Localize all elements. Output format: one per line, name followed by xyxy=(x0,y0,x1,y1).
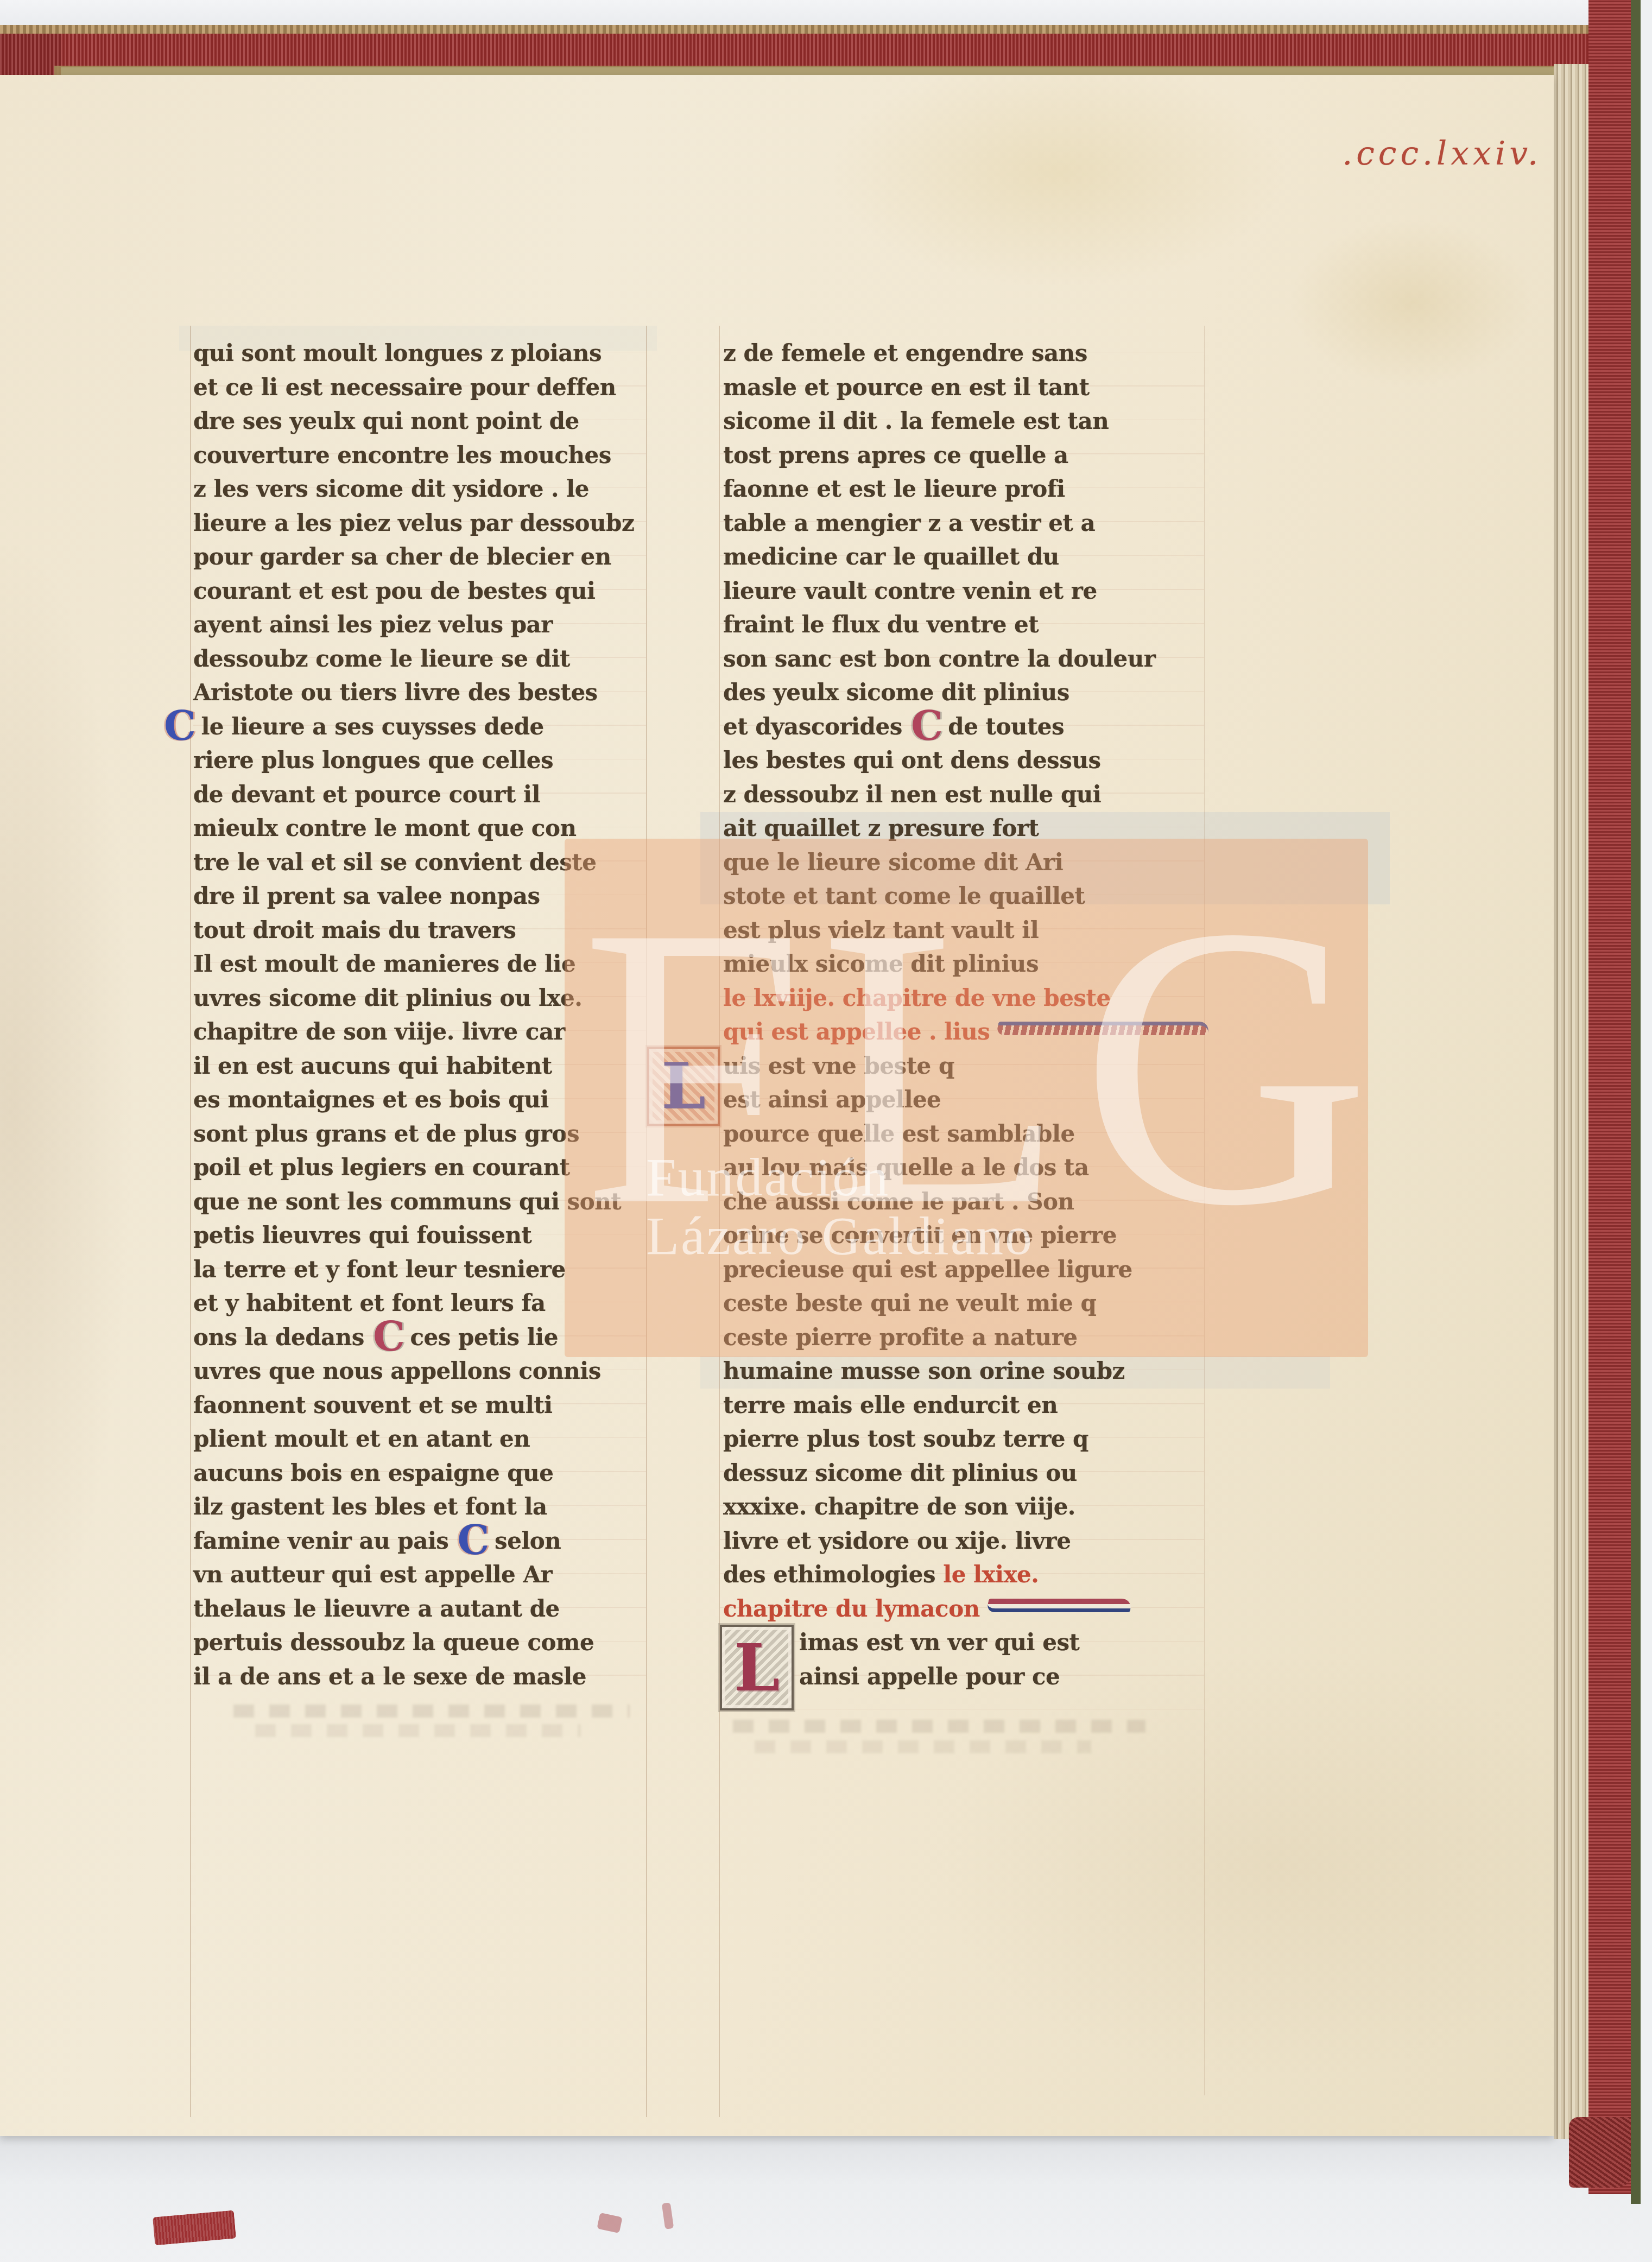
text-run: tost prens apres ce quelle a xyxy=(723,442,1068,468)
text-run: Il est moult de manieres de lie xyxy=(193,951,575,977)
text-run: mieulx contre le mont que con xyxy=(193,815,576,841)
text-run: poil et plus legiers en courant xyxy=(193,1154,570,1181)
text-run: uvres que nous appellons connis xyxy=(193,1358,601,1384)
manuscript-line: medicine car le quaillet du xyxy=(723,540,1206,574)
text-run: plient moult et en atant en xyxy=(193,1425,530,1452)
showthrough-text xyxy=(755,1740,1091,1753)
manuscript-line: des ethimologies le lxixe. xyxy=(723,1558,1206,1592)
text-run: masle et pource en est il tant xyxy=(723,374,1090,401)
manuscript-line: pour garder sa cher de blecier en xyxy=(193,540,646,574)
text-run: faonne et est le lieure profi xyxy=(723,476,1065,502)
text-run: et ce li est necessaire pour deffen xyxy=(193,374,616,401)
cover-edge-green xyxy=(1631,0,1641,2204)
text-run: pour garder sa cher de blecier en xyxy=(193,543,611,570)
manuscript-line: dessoubz come le lieure se dit xyxy=(193,642,646,676)
binding-velvet-top xyxy=(0,34,1596,67)
text-run: lieure a les piez velus par dessoubz xyxy=(193,510,634,536)
manuscript-line: ilz gastent les bles et font la xyxy=(193,1490,646,1524)
manuscript-line: aucuns bois en espaigne que xyxy=(193,1456,646,1491)
manuscript-line: et ce li est necessaire pour deffen xyxy=(193,371,646,405)
text-run: tre le val et sil se convient deste xyxy=(193,849,596,876)
manuscript-line: courant et est pou de bestes qui xyxy=(193,574,646,609)
manuscript-line: z de femele et engendre sans xyxy=(723,337,1206,371)
text-run: tout droit mais du travers xyxy=(193,917,516,943)
fore-edge-page-stack xyxy=(1554,64,1590,2139)
text-run: le lieure a ses cuysses dede xyxy=(201,713,543,740)
text-run: les bestes qui ont dens dessus xyxy=(723,747,1101,774)
text-run: des yeulx sicome dit plinius xyxy=(723,679,1069,706)
text-run: Aristote ou tiers livre des bestes xyxy=(193,679,598,706)
manuscript-line: terre mais elle endurcit en xyxy=(723,1389,1206,1423)
text-run: z les vers sicome dit ysidore . le xyxy=(193,476,589,502)
text-run: terre mais elle endurcit en xyxy=(723,1392,1058,1418)
manuscript-line: lieure vault contre venin et re xyxy=(723,574,1206,609)
showthrough-text xyxy=(255,1724,581,1737)
manuscript-line: dre ses yeulx qui nont point de xyxy=(193,404,646,439)
manuscript-line: Aristote ou tiers livre des bestes xyxy=(193,676,646,710)
initial-letter: L xyxy=(734,1630,780,1706)
text-run: table a mengier z a vestir et a xyxy=(723,510,1095,536)
text-run: de devant et pource court il xyxy=(193,781,540,808)
manuscript-line: couverture encontre les mouches xyxy=(193,439,646,473)
watermark-overlay: FLG Fundación Lázaro Galdiano xyxy=(565,839,1368,1357)
manuscript-photo: .ccc.lxxiv. qui sont moult longues z plo… xyxy=(0,0,1652,2262)
manuscript-line: tost prens apres ce quelle a xyxy=(723,439,1206,473)
text-run: dessuz sicome dit plinius ou xyxy=(723,1460,1077,1486)
manuscript-line: faonne et est le lieure profi xyxy=(723,472,1206,506)
text-run: ait quaillet z presure fort xyxy=(723,815,1039,841)
manuscript-line: Cle lieure a ses cuysses dede xyxy=(193,710,646,744)
watermark-name-line1: Fundación xyxy=(646,1148,890,1207)
text-run: z dessoubz il nen est nulle qui xyxy=(723,781,1101,808)
text-run: dessoubz come le lieure se dit xyxy=(193,645,570,672)
text-run: ayent ainsi les piez velus par xyxy=(193,611,553,638)
text-run: couverture encontre les mouches xyxy=(193,442,611,468)
text-run: xxxixe. chapitre de son viije. xyxy=(723,1493,1075,1520)
text-run: riere plus longues que celles xyxy=(193,747,553,774)
manuscript-line: qui sont moult longues z ploians xyxy=(193,337,646,371)
manuscript-line: sicome il dit . la femele est tan xyxy=(723,404,1206,439)
manuscript-line: imas est vn ver qui est xyxy=(723,1626,1206,1660)
text-run: sicome il dit . la femele est tan xyxy=(723,408,1109,434)
text-run: de toutes xyxy=(948,713,1064,740)
manuscript-line: et dyascorides Cde toutes xyxy=(723,710,1206,744)
manuscript-line: les bestes qui ont dens dessus xyxy=(723,744,1206,778)
manuscript-line: chapitre du lymacon xyxy=(723,1592,1206,1626)
text-run: il en est aucuns qui habitent xyxy=(193,1053,552,1079)
text-run: dre il prent sa valee nonpas xyxy=(193,883,540,909)
manuscript-line: lieure a les piez velus par dessoubz xyxy=(193,506,646,541)
text-run: et dyascorides xyxy=(723,713,910,740)
folio-number: .ccc.lxxiv. xyxy=(1292,135,1542,173)
manuscript-line: pertuis dessoubz la queue come xyxy=(193,1626,646,1660)
text-run: aucuns bois en espaigne que xyxy=(193,1460,553,1486)
text-run: ons la dedans xyxy=(193,1324,372,1351)
text-run: thelaus le lieuvre a autant de xyxy=(193,1595,560,1622)
text-run: pertuis dessoubz la queue come xyxy=(193,1629,594,1656)
text-run: la terre et y font leur tesniere xyxy=(193,1256,566,1283)
text-run: fraint le flux du ventre et xyxy=(723,611,1039,638)
manuscript-line: fraint le flux du ventre et xyxy=(723,608,1206,642)
text-run: z de femele et engendre sans xyxy=(723,340,1087,366)
rubric-run: chapitre du lymacon xyxy=(723,1595,988,1622)
text-run: faonnent souvent et se multi xyxy=(193,1392,553,1418)
text-run: sont plus grans et de plus gros xyxy=(193,1120,579,1147)
showthrough-text xyxy=(733,1720,1145,1733)
text-run: il a de ans et a le sexe de masle xyxy=(193,1663,586,1690)
text-run: pierre plus tost soubz terre q xyxy=(723,1425,1088,1452)
text-run: ainsi appelle pour ce xyxy=(799,1663,1060,1690)
manuscript-line: dessuz sicome dit plinius ou xyxy=(723,1456,1206,1491)
text-run: selon xyxy=(495,1528,561,1554)
text-run: imas est vn ver qui est xyxy=(799,1629,1079,1656)
photo-background-right xyxy=(1640,0,1652,2262)
photo-background-bottom xyxy=(0,2133,1652,2262)
binding-velvet-right xyxy=(1588,0,1633,2194)
text-run: medicine car le quaillet du xyxy=(723,543,1059,570)
text-run: vn autteur qui est appelle Ar xyxy=(193,1561,552,1588)
manuscript-line: des yeulx sicome dit plinius xyxy=(723,676,1206,710)
column-ruling-line xyxy=(190,326,191,2117)
text-run: et y habitent et font leurs fa xyxy=(193,1290,546,1316)
manuscript-line: uvres que nous appellons connis xyxy=(193,1354,646,1389)
text-run: qui sont moult longues z ploians xyxy=(193,340,602,366)
text-run: ces petis lie xyxy=(410,1324,558,1351)
text-run: dre ses yeulx qui nont point de xyxy=(193,408,579,434)
manuscript-line: plient moult et en atant en xyxy=(193,1422,646,1456)
manuscript-line: xxxixe. chapitre de son viije. xyxy=(723,1490,1206,1524)
line-filler-ornament xyxy=(986,1599,1132,1612)
text-run: livre et ysidore ou xije. livre xyxy=(723,1528,1071,1554)
photo-background-top xyxy=(0,0,1652,28)
manuscript-line: il a de ans et a le sexe de masle xyxy=(193,1660,646,1694)
manuscript-line: ainsi appelle pour ce xyxy=(723,1660,1206,1694)
manuscript-line: vn autteur qui est appelle Ar xyxy=(193,1558,646,1592)
showthrough-text xyxy=(233,1705,630,1718)
text-run: ilz gastent les bles et font la xyxy=(193,1493,547,1520)
decorated-initial-limas-chapter: L xyxy=(720,1625,794,1710)
manuscript-line: riere plus longues que celles xyxy=(193,744,646,778)
manuscript-line: de devant et pource court il xyxy=(193,778,646,812)
manuscript-line: humaine musse son orine soubz xyxy=(723,1354,1206,1389)
manuscript-line: livre et ysidore ou xije. livre xyxy=(723,1524,1206,1558)
binding-velvet-corner-fold xyxy=(1569,2117,1633,2188)
text-run: lieure vault contre venin et re xyxy=(723,578,1097,604)
manuscript-line: ayent ainsi les piez velus par xyxy=(193,608,646,642)
text-run: chapitre de son viije. livre car xyxy=(193,1018,565,1045)
text-run: des ethimologies xyxy=(723,1561,943,1588)
text-run: son sanc est bon contre la douleur xyxy=(723,645,1155,672)
text-run: uvres sicome dit plinius ou lxe. xyxy=(193,985,582,1011)
text-run: humaine musse son orine soubz xyxy=(723,1358,1125,1384)
manuscript-line: faonnent souvent et se multi xyxy=(193,1389,646,1423)
manuscript-line: masle et pource en est il tant xyxy=(723,371,1206,405)
manuscript-line: thelaus le lieuvre a autant de xyxy=(193,1592,646,1626)
manuscript-line: pierre plus tost soubz terre q xyxy=(723,1422,1206,1456)
text-run: petis lieuvres qui fouissent xyxy=(193,1222,531,1249)
watermark-name-line2: Lázaro Galdiano xyxy=(646,1207,1034,1265)
text-run: que ne sont les communs qui sont xyxy=(193,1188,621,1215)
rubric-run: le lxixe. xyxy=(943,1561,1039,1588)
manuscript-line: famine venir au pais Cselon xyxy=(193,1524,646,1558)
manuscript-line: son sanc est bon contre la douleur xyxy=(723,642,1206,676)
text-run: famine venir au pais xyxy=(193,1528,457,1554)
manuscript-line: table a mengier z a vestir et a xyxy=(723,506,1206,541)
manuscript-line: z les vers sicome dit ysidore . le xyxy=(193,472,646,506)
manuscript-line: z dessoubz il nen est nulle qui xyxy=(723,778,1206,812)
text-run: courant et est pou de bestes qui xyxy=(193,578,595,604)
text-run: es montaignes et es bois qui xyxy=(193,1086,549,1113)
